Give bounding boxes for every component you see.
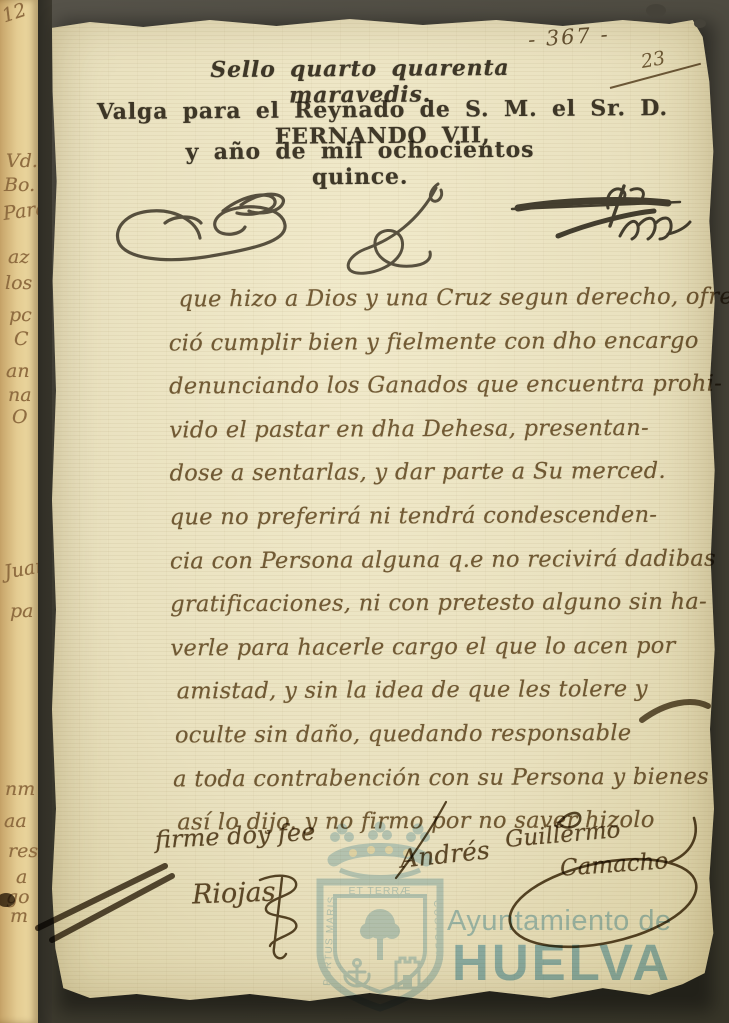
shield-motto-right: CUSTODIA bbox=[431, 900, 444, 965]
notary-rubric-stamp-right bbox=[500, 182, 715, 262]
manuscript-line: cia con Persona alguna q.e no recivirá d… bbox=[170, 537, 722, 583]
manuscript-line: a toda contrabención con su Persona y bi… bbox=[173, 755, 723, 801]
shield-motto-top: ET TERRÆ bbox=[348, 885, 411, 897]
margin-fragment: pc bbox=[9, 304, 32, 326]
shield-motto-left: PORTUS MARIS bbox=[322, 895, 338, 986]
manuscript-line: ció cumplir bien y fielmente con dho enc… bbox=[169, 319, 721, 365]
manuscript-body: que hizo a Dios y una Cruz segun derecho… bbox=[169, 276, 724, 846]
margin-fragment: Bo. bbox=[4, 174, 35, 196]
page-number: 23 bbox=[639, 47, 667, 73]
margin-fragment: Vd. bbox=[6, 150, 38, 172]
manuscript-line: que no preferirá ni tendrá condescenden- bbox=[170, 494, 722, 540]
margin-fragment: 12 bbox=[0, 0, 29, 27]
margin-fragment: aa bbox=[4, 810, 27, 832]
manuscript-line: dose a sentarlas, y dar parte a Su merce… bbox=[169, 450, 721, 496]
anchor-icon bbox=[345, 960, 369, 987]
paper-hole bbox=[694, 19, 706, 28]
margin-fragment: az bbox=[8, 246, 29, 268]
manuscript-line: verle para hacerle cargo el que lo acen … bbox=[170, 624, 722, 670]
margin-fragment: Juan bbox=[2, 554, 38, 583]
tree-icon bbox=[360, 909, 400, 960]
ink-flourish bbox=[638, 690, 716, 730]
scanned-document-photo: 12 Vd. Bo. Para az los pc C an na O Juan… bbox=[0, 0, 729, 1023]
margin-fragment: C bbox=[14, 328, 29, 350]
watermark-city: HUELVA bbox=[452, 933, 672, 992]
notary-rubric-stamp-left bbox=[105, 183, 300, 273]
huelva-coat-of-arms: ET TERRÆ PORTUS MARIS CUSTODIA bbox=[300, 820, 460, 1010]
paper-hole bbox=[646, 4, 666, 17]
manuscript-line: denunciando los Ganados que encuentra pr… bbox=[169, 363, 721, 409]
notary-rubric-stamp-middle bbox=[320, 178, 470, 278]
margin-fragment: na bbox=[8, 384, 32, 406]
ink-slash-marks bbox=[0, 855, 260, 960]
margin-fragment: Para bbox=[2, 197, 38, 225]
margin-fragment: pa bbox=[10, 600, 34, 622]
margin-fragment: O bbox=[12, 406, 28, 428]
manuscript-line: vido el pastar en dha Dehesa, presentan- bbox=[169, 406, 721, 452]
margin-fragment: nm bbox=[5, 778, 35, 800]
manuscript-line: que hizo a Dios y una Cruz segun derecho… bbox=[179, 276, 721, 322]
manuscript-line: gratificaciones, ni con pretesto alguno … bbox=[170, 581, 722, 627]
crown-icon bbox=[330, 822, 430, 878]
margin-fragment: an bbox=[6, 360, 30, 382]
margin-fragment: los bbox=[5, 272, 32, 294]
